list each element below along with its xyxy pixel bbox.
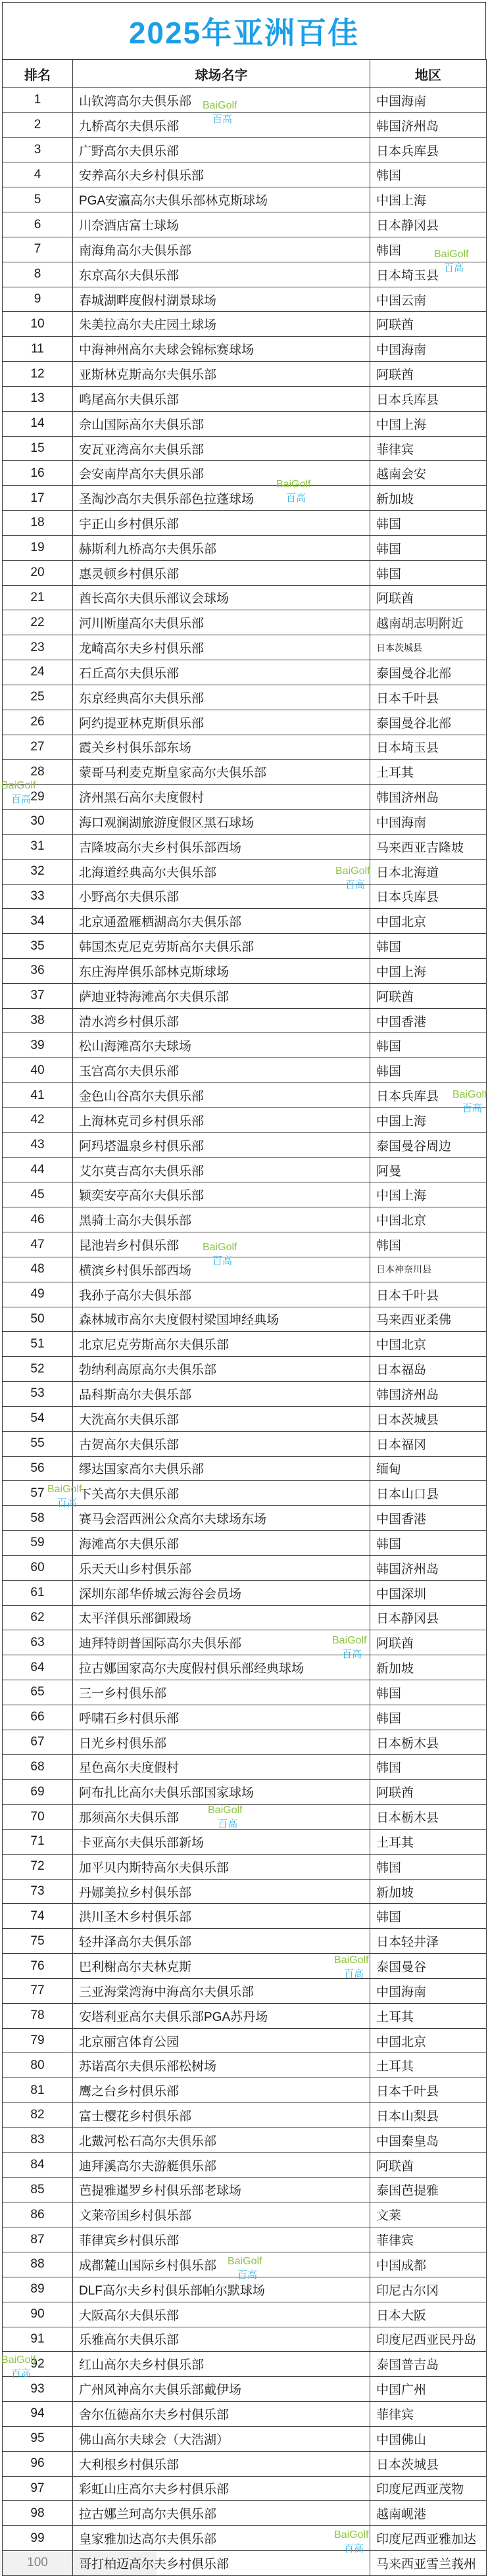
table-row: 81 鹰之台乡村俱乐部 日本千叶县	[3, 2078, 487, 2103]
table-row: 9 春城湖畔度假村湖景球场 中国云南	[3, 287, 487, 312]
course-name-cell: 拉古娜国家高尔夫度假村俱乐部经典球场	[73, 1655, 370, 1680]
course-name-cell: 拉古娜兰珂高尔夫俱乐部	[73, 2501, 370, 2526]
rank-cell: 98	[3, 2501, 73, 2526]
rank-cell: 86	[3, 2202, 73, 2227]
rankings-table: 排名 球场名字 地区 1 山钦湾高尔夫俱乐部 中国海南 2 九桥高尔夫俱乐部 韩…	[2, 59, 487, 2576]
table-row: 36 东庄海岸俱乐部林克斯球场 中国上海	[3, 958, 487, 983]
course-name-cell: 红山高尔夫乡村俱乐部	[73, 2352, 370, 2377]
rank-cell: 67	[3, 1730, 73, 1755]
table-row: 46 黑骑士高尔夫俱乐部 中国北京	[3, 1207, 487, 1232]
rank-cell: 90	[3, 2302, 73, 2327]
course-name-cell: 太平洋俱乐部御殿场	[73, 1605, 370, 1630]
table-row: 2 九桥高尔夫俱乐部 韩国济州岛	[3, 112, 487, 137]
course-name-cell: 加平贝内斯特高尔夫俱乐部	[73, 1854, 370, 1879]
region-cell: 泰国曼谷周边	[370, 1132, 487, 1157]
header-course-name: 球场名字	[73, 60, 370, 88]
rank-cell: 70	[3, 1805, 73, 1830]
course-name-cell: 佘山国际高尔夫俱乐部	[73, 411, 370, 436]
table-row: 19 赫斯利九桥高尔夫俱乐部 韩国	[3, 535, 487, 560]
table-row: 32 北海道经典高尔夫俱乐部 日本北海道	[3, 859, 487, 884]
table-row: 82 富士樱花乡村俱乐部 日本山梨县	[3, 2103, 487, 2128]
region-cell: 日本静冈县	[370, 212, 487, 237]
rank-cell: 30	[3, 810, 73, 835]
table-row: 57 下关高尔夫俱乐部 日本山口县	[3, 1481, 487, 1506]
region-cell: 日本静冈县	[370, 1605, 487, 1630]
region-cell: 韩国	[370, 1904, 487, 1929]
table-row: 42 上海林克司乡村俱乐部 中国上海	[3, 1107, 487, 1132]
course-name-cell: 星色高尔夫度假村	[73, 1755, 370, 1780]
region-cell: 韩国	[370, 560, 487, 585]
rank-cell: 13	[3, 386, 73, 411]
course-name-cell: 东京经典高尔夫俱乐部	[73, 685, 370, 710]
rank-cell: 36	[3, 958, 73, 983]
region-cell: 中国北京	[370, 1207, 487, 1232]
rank-cell: 71	[3, 1829, 73, 1854]
course-name-cell: 龙崎高尔夫乡村俱乐部	[73, 635, 370, 660]
course-name-cell: 佛山高尔夫球会（大浩湖）	[73, 2426, 370, 2451]
table-row: 73 丹娜美拉乡村俱乐部 新加坡	[3, 1879, 487, 1904]
table-row: 97 彩虹山庄高尔夫乡村俱乐部 印度尼西亚茂物	[3, 2476, 487, 2501]
region-cell: 韩国	[370, 511, 487, 536]
region-cell: 日本埼玉县	[370, 262, 487, 287]
table-row: 90 大阪高尔夫俱乐部 日本大阪	[3, 2302, 487, 2327]
rank-cell: 72	[3, 1854, 73, 1879]
region-cell: 菲律宾	[370, 436, 487, 461]
rank-cell: 48	[3, 1257, 73, 1282]
course-name-cell: 阿约提亚林克斯俱乐部	[73, 710, 370, 735]
course-name-cell: 酋长高尔夫俱乐部议会球场	[73, 585, 370, 610]
table-row: 16 会安南岸高尔夫俱乐部 越南会安	[3, 461, 487, 486]
course-name-cell: 安塔利亚高尔夫俱乐部PGA苏丹场	[73, 2003, 370, 2028]
table-row: 98 拉古娜兰珂高尔夫俱乐部 越南岘港	[3, 2501, 487, 2526]
table-row: 13 鸣尾高尔夫俱乐部 日本兵库县	[3, 386, 487, 411]
region-cell: 中国香港	[370, 1008, 487, 1033]
rank-cell: 11	[3, 337, 73, 362]
course-name-cell: 成都麓山国际乡村俱乐部	[73, 2252, 370, 2277]
region-cell: 韩国	[370, 1755, 487, 1780]
course-name-cell: 东京高尔夫俱乐部	[73, 262, 370, 287]
region-cell: 中国海南	[370, 337, 487, 362]
rank-cell: 77	[3, 1978, 73, 2003]
region-cell: 菲律宾	[370, 2402, 487, 2427]
course-name-cell: 河川断崖高尔夫俱乐部	[73, 610, 370, 635]
course-name-cell: 海滩高尔夫俱乐部	[73, 1531, 370, 1556]
region-cell: 土耳其	[370, 1829, 487, 1854]
region-cell: 印度尼西亚雅加达	[370, 2526, 487, 2551]
table-row: 54 大洗高尔夫俱乐部 日本茨城县	[3, 1406, 487, 1431]
course-name-cell: 阿玛塔温泉乡村俱乐部	[73, 1132, 370, 1157]
region-cell: 中国北京	[370, 909, 487, 934]
rank-cell: 18	[3, 511, 73, 536]
rank-cell: 47	[3, 1232, 73, 1257]
rank-cell: 60	[3, 1555, 73, 1580]
table-row: 68 星色高尔夫度假村 韩国	[3, 1755, 487, 1780]
course-name-cell: 川奈酒店富士球场	[73, 212, 370, 237]
region-cell: 日本埼玉县	[370, 735, 487, 760]
rank-cell: 80	[3, 2053, 73, 2078]
rank-cell: 17	[3, 486, 73, 511]
course-name-cell: 安瓦亚湾高尔夫俱乐部	[73, 436, 370, 461]
region-cell: 泰国曼谷北部	[370, 660, 487, 685]
table-row: 11 中海神州高尔夫球会锦标赛球场 中国海南	[3, 337, 487, 362]
region-cell: 韩国	[370, 1854, 487, 1879]
course-name-cell: 阿布扎比高尔夫俱乐部国家球场	[73, 1780, 370, 1805]
course-name-cell: 我孙子高尔夫俱乐部	[73, 1282, 370, 1307]
rank-cell: 6	[3, 212, 73, 237]
rank-cell: 3	[3, 137, 73, 162]
rank-cell: 9	[3, 287, 73, 312]
rank-cell: 58	[3, 1506, 73, 1531]
course-name-cell: 大阪高尔夫俱乐部	[73, 2302, 370, 2327]
region-cell: 土耳其	[370, 760, 487, 785]
rank-cell: 12	[3, 362, 73, 387]
table-row: 15 安瓦亚湾高尔夫俱乐部 菲律宾	[3, 436, 487, 461]
region-cell: 缅甸	[370, 1456, 487, 1481]
table-row: 75 轻井泽高尔夫俱乐部 日本轻井泽	[3, 1929, 487, 1954]
rank-cell: 27	[3, 735, 73, 760]
rank-cell: 55	[3, 1431, 73, 1456]
table-row: 50 森林城市高尔夫度假村梁国坤经典场 马来西亚柔佛	[3, 1307, 487, 1332]
table-row: 87 菲律宾乡村俱乐部 菲律宾	[3, 2227, 487, 2252]
rank-cell: 84	[3, 2152, 73, 2177]
region-cell: 新加坡	[370, 1655, 487, 1680]
course-name-cell: 北戴河松石高尔夫俱乐部	[73, 2127, 370, 2152]
table-row: 70 那须高尔夫俱乐部 日本栃木县	[3, 1805, 487, 1830]
course-name-cell: 惠灵顿乡村俱乐部	[73, 560, 370, 585]
page: 2025年亚洲百佳 排名 球场名字 地区 1 山钦湾高尔夫俱乐部 中国海南 2 …	[0, 0, 488, 2576]
region-cell: 泰国普吉岛	[370, 2352, 487, 2377]
table-row: 62 太平洋俱乐部御殿场 日本静冈县	[3, 1605, 487, 1630]
course-name-cell: 海口观澜湖旅游度假区黑石球场	[73, 810, 370, 835]
region-cell: 日本千叶县	[370, 2078, 487, 2103]
region-cell: 日本茨城县	[370, 635, 487, 660]
course-name-cell: 颖奕安亭高尔夫俱乐部	[73, 1182, 370, 1207]
region-cell: 中国上海	[370, 1107, 487, 1132]
course-name-cell: 黑骑士高尔夫俱乐部	[73, 1207, 370, 1232]
course-name-cell: DLF高尔夫乡村俱乐部帕尔默球场	[73, 2277, 370, 2302]
table-row: 53 品科斯高尔夫俱乐部 韩国济州岛	[3, 1382, 487, 1407]
rank-cell: 50	[3, 1307, 73, 1332]
region-cell: 越南胡志明附近	[370, 610, 487, 635]
rank-cell: 81	[3, 2078, 73, 2103]
rank-cell: 82	[3, 2103, 73, 2128]
table-row: 91 乐雅高尔夫俱乐部 印度尼西亚民丹岛	[3, 2327, 487, 2352]
course-name-cell: 乐天天山乡村俱乐部	[73, 1555, 370, 1580]
table-row: 66 呼啸石乡村俱乐部 韩国	[3, 1705, 487, 1730]
region-cell: 印尼古尔冈	[370, 2277, 487, 2302]
table-row: 14 佘山国际高尔夫俱乐部 中国上海	[3, 411, 487, 436]
table-row: 29 济州黑石高尔夫度假村 韩国济州岛	[3, 785, 487, 810]
table-row: 43 阿玛塔温泉乡村俱乐部 泰国曼谷周边	[3, 1132, 487, 1157]
region-cell: 马来西亚吉隆坡	[370, 834, 487, 859]
rank-cell: 26	[3, 710, 73, 735]
rank-cell: 93	[3, 2377, 73, 2402]
rank-cell: 44	[3, 1157, 73, 1182]
course-name-cell: 迪拜溪高尔夫游艇俱乐部	[73, 2152, 370, 2177]
table-row: 84 迪拜溪高尔夫游艇俱乐部 阿联酋	[3, 2152, 487, 2177]
course-name-cell: 苏诺高尔夫俱乐部松树场	[73, 2053, 370, 2078]
rank-cell: 94	[3, 2402, 73, 2427]
region-cell: 韩国济州岛	[370, 785, 487, 810]
course-name-cell: 济州黑石高尔夫度假村	[73, 785, 370, 810]
table-row: 24 石丘高尔夫俱乐部 泰国曼谷北部	[3, 660, 487, 685]
region-cell: 印度尼西亚民丹岛	[370, 2327, 487, 2352]
region-cell: 印度尼西亚茂物	[370, 2476, 487, 2501]
course-name-cell: 宇正山乡村俱乐部	[73, 511, 370, 536]
rank-cell: 99	[3, 2526, 73, 2551]
region-cell: 中国上海	[370, 187, 487, 212]
table-row: 51 北京尼克劳斯高尔夫俱乐部 中国北京	[3, 1332, 487, 1357]
rank-cell: 39	[3, 1033, 73, 1058]
region-cell: 中国深圳	[370, 1580, 487, 1605]
region-cell: 日本兵库县	[370, 386, 487, 411]
table-row: 71 卡亚高尔夫俱乐部新场 土耳其	[3, 1829, 487, 1854]
course-name-cell: 卡亚高尔夫俱乐部新场	[73, 1829, 370, 1854]
course-name-cell: 下关高尔夫俱乐部	[73, 1481, 370, 1506]
rank-cell: 61	[3, 1580, 73, 1605]
table-row: 30 海口观澜湖旅游度假区黑石球场 中国海南	[3, 810, 487, 835]
region-cell: 阿曼	[370, 1157, 487, 1182]
region-cell: 中国海南	[370, 1978, 487, 2003]
course-name-cell: 九桥高尔夫俱乐部	[73, 112, 370, 137]
rank-cell: 51	[3, 1332, 73, 1357]
region-cell: 日本福岛	[370, 1357, 487, 1382]
region-cell: 韩国	[370, 934, 487, 959]
rank-cell: 38	[3, 1008, 73, 1033]
rank-cell: 33	[3, 884, 73, 909]
course-name-cell: 亚斯林克斯高尔夫俱乐部	[73, 362, 370, 387]
course-name-cell: 中海神州高尔夫球会锦标赛球场	[73, 337, 370, 362]
region-cell: 阿联酋	[370, 2152, 487, 2177]
region-cell: 中国佛山	[370, 2426, 487, 2451]
table-row: 26 阿约提亚林克斯俱乐部 泰国曼谷北部	[3, 710, 487, 735]
rank-cell: 75	[3, 1929, 73, 1954]
region-cell: 日本兵库县	[370, 137, 487, 162]
region-cell: 韩国	[370, 1058, 487, 1083]
region-cell: 日本福冈	[370, 1431, 487, 1456]
region-cell: 中国海南	[370, 810, 487, 835]
table-row: 12 亚斯林克斯高尔夫俱乐部 阿联酋	[3, 362, 487, 387]
rank-cell: 54	[3, 1406, 73, 1431]
rank-cell: 24	[3, 660, 73, 685]
course-name-cell: 大洗高尔夫俱乐部	[73, 1406, 370, 1431]
table-row: 25 东京经典高尔夫俱乐部 日本千叶县	[3, 685, 487, 710]
table-row: 52 勃纳利高原高尔夫俱乐部 日本福岛	[3, 1357, 487, 1382]
region-cell: 新加坡	[370, 486, 487, 511]
course-name-cell: 品科斯高尔夫俱乐部	[73, 1382, 370, 1407]
rank-cell: 29	[3, 785, 73, 810]
table-row: 34 北京通盈雁栖湖高尔夫俱乐部 中国北京	[3, 909, 487, 934]
region-cell: 韩国	[370, 535, 487, 560]
region-cell: 韩国	[370, 1705, 487, 1730]
course-name-cell: 三亚海棠湾海中海高尔夫俱乐部	[73, 1978, 370, 2003]
table-row: 67 日光乡村俱乐部 日本栃木县	[3, 1730, 487, 1755]
table-row: 31 吉隆坡高尔夫乡村俱乐部西场 马来西亚吉隆坡	[3, 834, 487, 859]
rank-cell: 83	[3, 2127, 73, 2152]
rank-cell: 1	[3, 88, 73, 113]
table-row: 44 艾尔莫吉高尔夫俱乐部 阿曼	[3, 1157, 487, 1182]
table-row: 3 广野高尔夫俱乐部 日本兵库县	[3, 137, 487, 162]
course-name-cell: 大利根乡村俱乐部	[73, 2451, 370, 2476]
rank-cell: 10	[3, 312, 73, 337]
table-row: 55 古贺高尔夫俱乐部 日本福冈	[3, 1431, 487, 1456]
table-row: 79 北京丽宫体育公园 中国北京	[3, 2028, 487, 2053]
course-name-cell: 圣淘沙高尔夫俱乐部色拉蓬球场	[73, 486, 370, 511]
header-region: 地区	[370, 60, 487, 88]
region-cell: 韩国	[370, 237, 487, 262]
rank-cell: 76	[3, 1954, 73, 1979]
course-name-cell: 森林城市高尔夫度假村梁国坤经典场	[73, 1307, 370, 1332]
table-row: 86 文莱帝国乡村俱乐部 文莱	[3, 2202, 487, 2227]
region-cell: 中国上海	[370, 958, 487, 983]
table-row: 85 芭提雅暹罗乡村俱乐部老球场 泰国芭提雅	[3, 2177, 487, 2202]
course-name-cell: 赫斯利九桥高尔夫俱乐部	[73, 535, 370, 560]
course-name-cell: 广州风神高尔夫俱乐部戴伊场	[73, 2377, 370, 2402]
table-row: 96 大利根乡村俱乐部 日本茨城县	[3, 2451, 487, 2476]
table-row: 41 金色山谷高尔夫俱乐部 日本兵库县	[3, 1083, 487, 1108]
region-cell: 韩国	[370, 1531, 487, 1556]
rank-cell: 57	[3, 1481, 73, 1506]
course-name-cell: 彩虹山庄高尔夫乡村俱乐部	[73, 2476, 370, 2501]
rank-cell: 15	[3, 436, 73, 461]
table-row: 58 赛马会滘西洲公众高尔夫球场东场 中国香港	[3, 1506, 487, 1531]
course-name-cell: 东庄海岸俱乐部林克斯球场	[73, 958, 370, 983]
region-cell: 中国海南	[370, 88, 487, 113]
region-cell: 马来西亚雪兰莪州	[370, 2550, 487, 2575]
table-row: 33 小野高尔夫俱乐部 日本兵库县	[3, 884, 487, 909]
region-cell: 日本神奈川县	[370, 1257, 487, 1282]
region-cell: 马来西亚柔佛	[370, 1307, 487, 1332]
table-row: 37 萨迪亚特海滩高尔夫俱乐部 阿联酋	[3, 983, 487, 1008]
course-name-cell: 洪川圣木乡村俱乐部	[73, 1904, 370, 1929]
rank-cell: 56	[3, 1456, 73, 1481]
table-row: 28 蒙哥马利麦克斯皇家高尔夫俱乐部 土耳其	[3, 760, 487, 785]
course-name-cell: 北京通盈雁栖湖高尔夫俱乐部	[73, 909, 370, 934]
region-cell: 日本栃木县	[370, 1805, 487, 1830]
region-cell: 文莱	[370, 2202, 487, 2227]
table-row: 69 阿布扎比高尔夫俱乐部国家球场 阿联酋	[3, 1780, 487, 1805]
table-row: 6 川奈酒店富士球场 日本静冈县	[3, 212, 487, 237]
course-name-cell: 玉宫高尔夫俱乐部	[73, 1058, 370, 1083]
course-name-cell: 鸣尾高尔夫俱乐部	[73, 386, 370, 411]
rank-cell: 53	[3, 1382, 73, 1407]
course-name-cell: 缪达国家高尔夫俱乐部	[73, 1456, 370, 1481]
course-name-cell: 山钦湾高尔夫俱乐部	[73, 88, 370, 113]
course-name-cell: 横滨乡村俱乐部西场	[73, 1257, 370, 1282]
rank-cell: 42	[3, 1107, 73, 1132]
course-name-cell: 昆池岩乡村俱乐部	[73, 1232, 370, 1257]
rank-cell: 63	[3, 1630, 73, 1655]
table-row: 65 三一乡村俱乐部 韩国	[3, 1680, 487, 1705]
course-name-cell: 广野高尔夫俱乐部	[73, 137, 370, 162]
table-row: 93 广州风神高尔夫俱乐部戴伊场 中国广州	[3, 2377, 487, 2402]
course-name-cell: 清水湾乡村俱乐部	[73, 1008, 370, 1033]
course-name-cell: 萨迪亚特海滩高尔夫俱乐部	[73, 983, 370, 1008]
table-row: 74 洪川圣木乡村俱乐部 韩国	[3, 1904, 487, 1929]
region-cell: 中国上海	[370, 411, 487, 436]
region-cell: 中国广州	[370, 2377, 487, 2402]
rank-cell: 91	[3, 2327, 73, 2352]
region-cell: 阿联酋	[370, 1780, 487, 1805]
course-name-cell: 石丘高尔夫俱乐部	[73, 660, 370, 685]
region-cell: 日本山梨县	[370, 2103, 487, 2128]
table-row: 99 皇家雅加达高尔夫俱乐部 印度尼西亚雅加达	[3, 2526, 487, 2551]
region-cell: 中国秦皇岛	[370, 2127, 487, 2152]
course-name-cell: 菲律宾乡村俱乐部	[73, 2227, 370, 2252]
course-name-cell: 日光乡村俱乐部	[73, 1730, 370, 1755]
region-cell: 日本兵库县	[370, 1083, 487, 1108]
course-name-cell: 朱美拉高尔夫庄园土球场	[73, 312, 370, 337]
table-header-row: 排名 球场名字 地区	[3, 60, 487, 88]
course-name-cell: 舍尔伍德高尔夫乡村俱乐部	[73, 2402, 370, 2427]
rank-cell: 96	[3, 2451, 73, 2476]
rank-cell: 35	[3, 934, 73, 959]
rank-cell: 92	[3, 2352, 73, 2377]
page-title: 2025年亚洲百佳	[129, 9, 359, 53]
course-name-cell: 安养高尔夫乡村俱乐部	[73, 162, 370, 187]
course-name-cell: 赛马会滘西洲公众高尔夫球场东场	[73, 1506, 370, 1531]
course-name-cell: 迪拜特朗普国际高尔夫俱乐部	[73, 1630, 370, 1655]
ranking-sheet: 2025年亚洲百佳 排名 球场名字 地区 1 山钦湾高尔夫俱乐部 中国海南 2 …	[2, 2, 486, 2576]
region-cell: 阿联酋	[370, 585, 487, 610]
rank-cell: 34	[3, 909, 73, 934]
course-name-cell: 那须高尔夫俱乐部	[73, 1805, 370, 1830]
course-name-cell: 三一乡村俱乐部	[73, 1680, 370, 1705]
course-name-cell: 上海林克司乡村俱乐部	[73, 1107, 370, 1132]
rank-cell: 19	[3, 535, 73, 560]
region-cell: 阿联酋	[370, 312, 487, 337]
table-row: 76 巴利榭高尔夫林克斯 泰国曼谷	[3, 1954, 487, 1979]
course-name-cell: PGA安瀛高尔夫俱乐部林克斯球场	[73, 187, 370, 212]
table-row: 7 南海角高尔夫俱乐部 韩国	[3, 237, 487, 262]
course-name-cell: 会安南岸高尔夫俱乐部	[73, 461, 370, 486]
region-cell: 土耳其	[370, 2003, 487, 2028]
table-row: 72 加平贝内斯特高尔夫俱乐部 韩国	[3, 1854, 487, 1879]
course-name-cell: 深圳东部华侨城云海谷会员场	[73, 1580, 370, 1605]
rank-cell: 5	[3, 187, 73, 212]
table-row: 59 海滩高尔夫俱乐部 韩国	[3, 1531, 487, 1556]
rank-cell: 78	[3, 2003, 73, 2028]
rank-cell: 68	[3, 1755, 73, 1780]
region-cell: 菲律宾	[370, 2227, 487, 2252]
course-name-cell: 芭提雅暹罗乡村俱乐部老球场	[73, 2177, 370, 2202]
course-name-cell: 富士樱花乡村俱乐部	[73, 2103, 370, 2128]
region-cell: 日本山口县	[370, 1481, 487, 1506]
course-name-cell: 鹰之台乡村俱乐部	[73, 2078, 370, 2103]
rank-cell: 62	[3, 1605, 73, 1630]
rank-cell: 21	[3, 585, 73, 610]
course-name-cell: 金色山谷高尔夫俱乐部	[73, 1083, 370, 1108]
region-cell: 中国北京	[370, 1332, 487, 1357]
table-row: 92 红山高尔夫乡村俱乐部 泰国普吉岛	[3, 2352, 487, 2377]
rank-cell: 41	[3, 1083, 73, 1108]
region-cell: 韩国济州岛	[370, 112, 487, 137]
rank-cell: 64	[3, 1655, 73, 1680]
course-name-cell: 轻井泽高尔夫俱乐部	[73, 1929, 370, 1954]
table-row: 39 松山海滩高尔夫球场 韩国	[3, 1033, 487, 1058]
table-row: 64 拉古娜国家高尔夫度假村俱乐部经典球场 新加坡	[3, 1655, 487, 1680]
rank-cell: 79	[3, 2028, 73, 2053]
course-name-cell: 小野高尔夫俱乐部	[73, 884, 370, 909]
region-cell: 日本千叶县	[370, 1282, 487, 1307]
rank-cell: 2	[3, 112, 73, 137]
rank-cell: 32	[3, 859, 73, 884]
table-row: 48 横滨乡村俱乐部西场 日本神奈川县	[3, 1257, 487, 1282]
rank-cell: 59	[3, 1531, 73, 1556]
rank-cell: 66	[3, 1705, 73, 1730]
course-name-cell: 南海角高尔夫俱乐部	[73, 237, 370, 262]
course-name-cell: 呼啸石乡村俱乐部	[73, 1705, 370, 1730]
